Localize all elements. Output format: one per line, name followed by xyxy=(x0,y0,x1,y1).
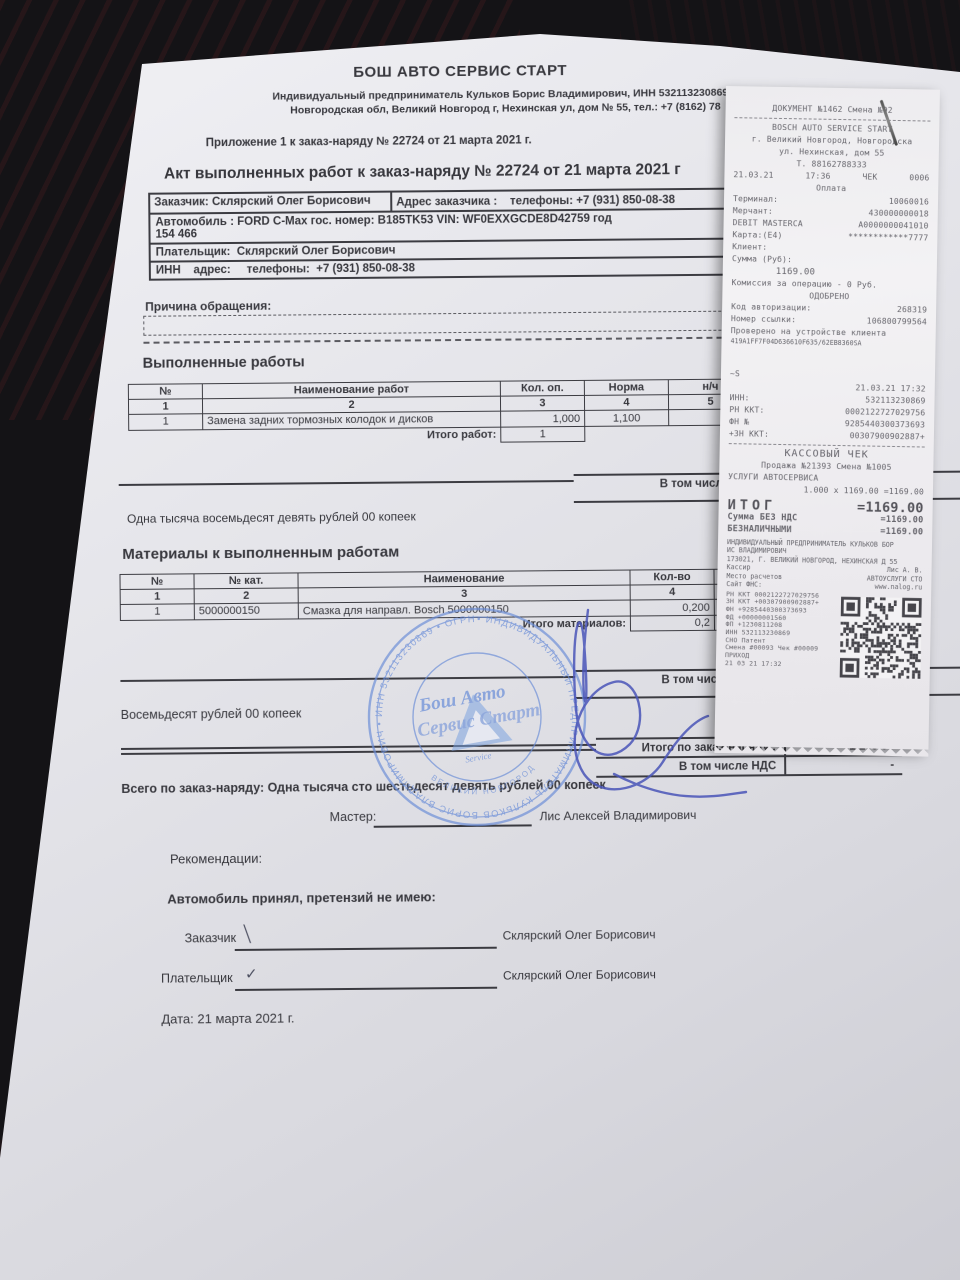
merchant-value: 430000000018 xyxy=(868,208,928,221)
col-number: 3 xyxy=(500,395,584,411)
card-label: Карта:(E4) xyxy=(732,229,782,242)
payer-name: Склярский Олег Борисович xyxy=(237,245,396,258)
fn-label: ФН № xyxy=(729,416,749,428)
check-number: 0006 xyxy=(909,172,929,184)
zn-value: 00307900902887+ xyxy=(850,430,925,443)
receipt-time: 17:36 xyxy=(805,170,830,182)
col-number: 1 xyxy=(128,399,202,415)
total-label: ИТОГ xyxy=(728,499,777,512)
car-label: Автомобиль : xyxy=(155,216,234,229)
rn-label: РН ККТ: xyxy=(729,404,764,417)
zn-kkt-row: +ЗН ККТ: 00307900902887+ xyxy=(729,428,925,443)
cashless-label: БЕЗНАЛИЧНЫМИ xyxy=(727,523,792,536)
customer-name: Склярский Олег Борисович xyxy=(212,195,371,208)
cashless-value: =1169.00 xyxy=(880,525,923,538)
col-number: 1 xyxy=(120,589,194,605)
ref-number: 106800799564 xyxy=(867,315,927,328)
phone2-value: +7 (931) 850-08-38 xyxy=(316,262,415,275)
customer-cell: Заказчик: Склярский Олег Борисович xyxy=(150,193,392,213)
col-header: № кат. xyxy=(194,573,298,589)
receipt-doc-line: ДОКУМЕНТ №1462 Смена №92 xyxy=(735,102,931,117)
payer-cell: Плательщик: Склярский Олег Борисович xyxy=(151,243,401,261)
fiscal-details: РН ККТ 0002122727029756 ЗН ККТ +00307900… xyxy=(725,591,840,679)
works-total-value: 1 xyxy=(501,426,585,442)
addr2-label: адрес: xyxy=(193,264,230,276)
address-label: Адрес заказчика : xyxy=(396,196,497,209)
works-total-label: Итого работ: xyxy=(129,427,501,445)
payer-sign-name: Склярский Олег Борисович xyxy=(503,967,656,982)
inn-label: ИНН: xyxy=(729,392,749,404)
car-cell: Автомобиль : FORD C-Max гос. номер: B185… xyxy=(150,211,617,243)
phones2-label: телефоны: xyxy=(247,263,310,276)
receipt-date: 21.03.21 xyxy=(733,169,773,182)
col-header: № xyxy=(128,384,202,400)
appendix-line: Приложение 1 к заказ-наряду № 22724 от 2… xyxy=(206,134,532,149)
col-number: 2 xyxy=(194,588,298,604)
receipt-footer: РН ККТ 0002122727029756 ЗН ККТ +00307900… xyxy=(725,591,922,680)
material-cat-num: 5000000150 xyxy=(194,603,298,620)
works-section-title: Выполненные работы xyxy=(143,354,305,371)
customer-signature-line xyxy=(235,947,497,951)
cashless-row: БЕЗНАЛИЧНЫМИ =1169.00 xyxy=(727,523,923,538)
inn-cell: ИНН адрес: телефоны: +7 (931) 850-08-38 xyxy=(151,260,420,278)
col-header: № xyxy=(120,574,194,590)
payer-label: Плательщик: xyxy=(156,246,231,259)
pen-signature xyxy=(420,570,750,840)
site-label: Сайт ФНС: xyxy=(726,580,762,589)
work-num: 1 xyxy=(129,414,203,431)
phone-value: +7 (931) 850-08-38 xyxy=(576,194,675,207)
reason-label: Причина обращения: xyxy=(145,299,271,314)
payer-signature-line xyxy=(235,987,497,991)
payer-sign-mark: ✓ xyxy=(245,965,258,983)
merchant-label: Мерчант: xyxy=(733,205,773,218)
check-label: ЧЕК xyxy=(862,171,877,183)
site-value: www.nalog.ru xyxy=(875,583,923,592)
inn-label: ИНН xyxy=(156,264,181,276)
materials-section-title: Материалы к выполненным работам xyxy=(122,544,399,563)
card-number: ************7777 xyxy=(848,231,928,244)
ref-label: Номер ссылки: xyxy=(731,313,796,326)
customer-sign-name: Склярский Олег Борисович xyxy=(503,927,656,942)
vat-value: - xyxy=(784,756,902,774)
customer-sign-mark: ╲ xyxy=(241,924,252,943)
acceptance-line: Автомобиль принял, претензий не имею: xyxy=(167,889,436,906)
work-qty: 1,000 xyxy=(501,410,585,427)
qty-line: 1.000 x 1169.00 =1169.00 xyxy=(728,483,924,498)
col-header: Норма xyxy=(584,380,668,396)
work-norm: 1,100 xyxy=(585,410,669,427)
terminal-value: 10060016 xyxy=(889,196,929,209)
materials-total-words: Восемьдесят рублей 00 копеек xyxy=(121,706,302,722)
inn-value: 532113230869 xyxy=(865,394,925,407)
phones-label: телефоны: xyxy=(510,195,573,208)
total-value: =1169.00 xyxy=(857,501,924,514)
col-number: 4 xyxy=(584,395,668,411)
auth-code: 268319 xyxy=(897,304,927,317)
act-title: Акт выполненных работ к заказ-наряду № 2… xyxy=(164,161,681,184)
works-total-words: Одна тысяча восемьдесят девять рублей 00… xyxy=(127,509,416,526)
photo-of-document: { "doc": { "company_name": "БОШ АВТО СЕР… xyxy=(0,0,960,1280)
no-vat-value: =1169.00 xyxy=(880,513,923,526)
car-mileage: 154 466 xyxy=(155,228,197,240)
date-line: Дата: 21 марта 2021 г. xyxy=(161,1010,294,1026)
qr-code xyxy=(840,595,922,680)
terminal-label: Терминал: xyxy=(733,193,778,206)
col-header: Кол. оп. xyxy=(500,380,584,396)
customer-label: Заказчик: xyxy=(154,196,209,208)
cash-register-receipt: ДОКУМЕНТ №1462 Смена №92 BOSCH AUTO SERV… xyxy=(714,86,939,750)
material-num: 1 xyxy=(120,604,194,621)
customer-sign-label: Заказчик xyxy=(185,931,236,945)
fiscal-line: 21 03 21 17:32 xyxy=(725,660,838,670)
company-name: БОШ АВТО СЕРВИС СТАРТ xyxy=(115,60,805,83)
divider-line xyxy=(119,480,574,486)
payer-sign-label: Плательщик xyxy=(161,971,233,986)
zn-label: +ЗН ККТ: xyxy=(729,428,769,441)
recommendations-label: Рекомендации: xyxy=(170,851,262,867)
car-value: FORD C-Max гос. номер: B185TK53 VIN: WF0… xyxy=(237,213,612,228)
